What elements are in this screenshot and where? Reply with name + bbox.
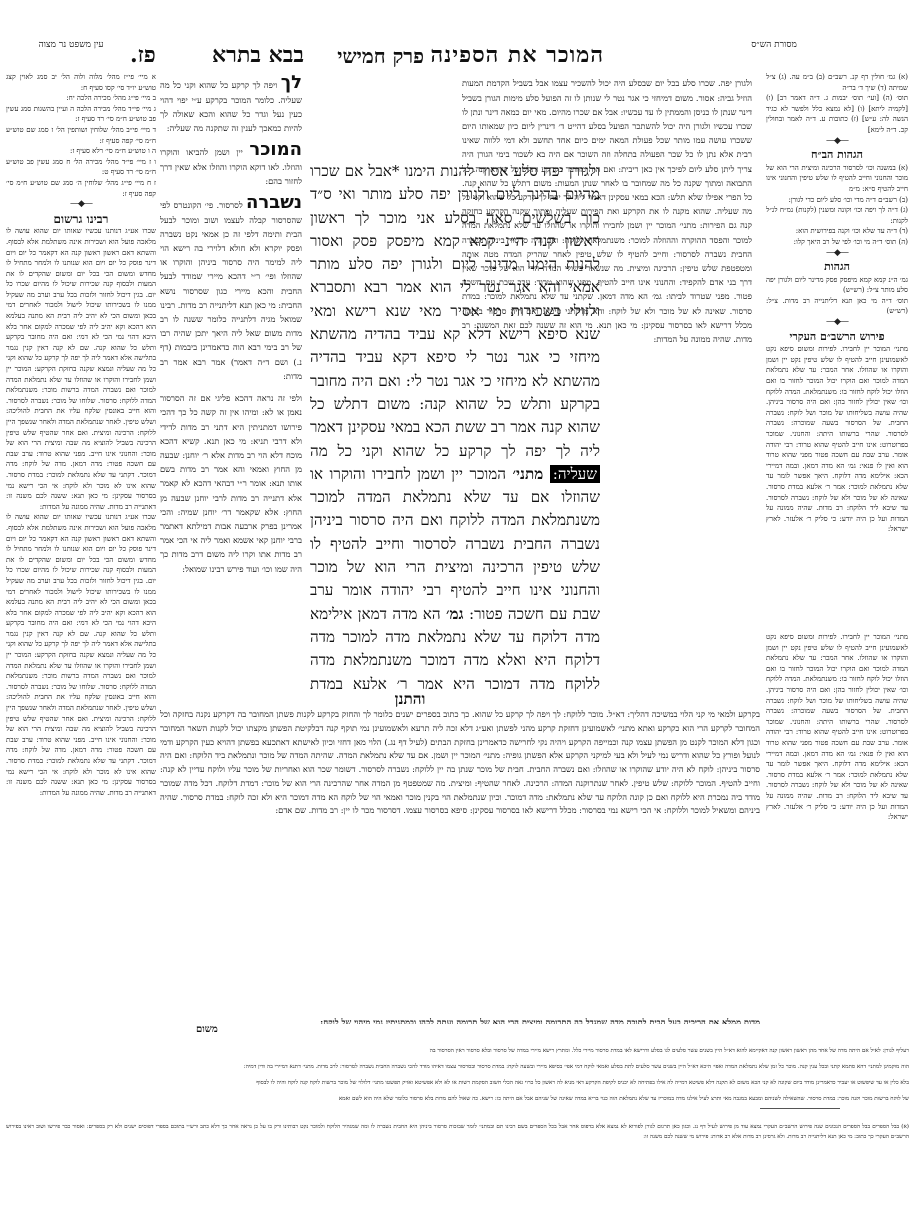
- rabbenu-gershom-text: שכרו אע״ג דנותנו עכשיו שאותו יום שהוא עו…: [6, 512, 156, 798]
- tosafot-continued-text: מדות ממלא את הריכיה בעל הבית לתוכה מדה ש…: [160, 1016, 760, 1024]
- tractate-name: בבא בתרא: [212, 42, 304, 68]
- rashbam-ikari-text: מתני׳ המוכר יין לחבירו. לפירות ומשום סיפ…: [766, 632, 908, 823]
- chapter-title: המוכר את הספינה: [431, 42, 604, 68]
- rashbam-ikari-text: מתני׳ המוכר יין לחבירו. לפירות ומשום סיפ…: [766, 344, 908, 535]
- hagahot-habach-item: (ה) תוס׳ ד״ה מי וכו׳ לפי של רב היאך קלו:: [766, 237, 908, 248]
- page-header: מסורת הש״ס המוכר את הספינה פרק חמישי בבא…: [0, 40, 914, 70]
- bottom-note-text: בבל הספרים הנכונים שנה פירוש הרשב״ם העקר…: [6, 1124, 909, 1141]
- hagahot-item: תוס׳ ד״ה מי כאן תנא דליתנייה רב מדות. צ״…: [766, 296, 908, 317]
- rashbam-ikari-title: פירוש הרשב״ם העקרי: [766, 332, 908, 343]
- hagahot-title: הגהות: [766, 262, 908, 273]
- ein-mishpat-column: א מיי׳ פי״ז מהל׳ מלוה ולוה הל׳ יב סמג לא…: [6, 72, 156, 1032]
- footnote-line: רעליף לגורן: לאיל אם היתה מדה של אחד מהן…: [6, 1046, 909, 1057]
- ornament-divider: —◆—: [766, 248, 908, 259]
- gemara-opening: ולגורן יפה סלע אסור להנות הימנו *אבל אם …: [310, 162, 600, 460]
- ein-mishpat-item: א מיי׳ פי״ז מהל׳ מלוה ולוה הל׳ יב סמג לא…: [6, 72, 156, 93]
- tosafot-text: לסרסור. פי׳ הקונטרס לפי שהסרסור קבלה לעצ…: [160, 200, 302, 380]
- hagahot-habach-title: הגהות הב״ח: [766, 150, 908, 161]
- masoret-item: (א) גמ׳ חולין דף קנ. רשב״ם (ב) ב״מ עה. (…: [766, 72, 908, 93]
- rabbenu-gershom-text: שכרו אע״ג דנותנו עכשיו שאותו יום שהוא עו…: [6, 226, 156, 512]
- footnote-block: רעליף לגורן: לאיל אם היתה מדה של אחד מהן…: [6, 1040, 909, 1100]
- footnote-line: בלא כלין או עד שיפשוט או יעביר כדאמרינן …: [6, 1078, 909, 1089]
- mishnah-text: המוכר יין ושמן לחבירו והוקרו או שהוזלו א…: [310, 465, 600, 623]
- tosafot-continued: מדות ממלא את הריכיה בעל הבית לתוכה מדה ש…: [160, 1008, 760, 1024]
- footnote-divider: [760, 1108, 840, 1109]
- hagahot-habach-item: (ד) ד״ה עד שלא וכו׳ וקנה בפירושית הוא:: [766, 226, 908, 237]
- dibur-hamatchil: המוכר: [249, 139, 302, 160]
- perek-label: פרק חמישי: [337, 44, 424, 69]
- bottom-note-label: (א) בבל הספרים: [872, 1124, 909, 1130]
- ein-mishpat-label: עין משפט נר מצוה: [36, 40, 106, 51]
- footnote-line: הוה מוקמינן למתני׳ דהא סתמא קתני ובכל ענ…: [6, 1062, 909, 1073]
- hagahot-item: גמ׳ ה״נ קמא קמא מיפסק פסק מדינר ליום ולג…: [766, 275, 908, 296]
- gemara-main-text: ולגורן יפה סלע אסור להנות הימנו *אבל אם …: [310, 160, 600, 700]
- masoret-item: תוס׳ (ה) [ועי׳ תוס׳ יבמות ג. ד״ה דאמר רב…: [766, 93, 908, 135]
- hagahot-habach-item: (ג) ד״ה לך ויפה וכו׳ וקונה ומשנין (לקנות…: [766, 205, 908, 226]
- gemara-marker: גמ׳: [446, 605, 464, 623]
- ornament-divider: —◆—: [766, 136, 908, 147]
- rashbam-continued-text: בקרקע ולמאי מי קני הלוי במשיכה דהליך: דא…: [160, 708, 760, 818]
- hagahot-habach-item: (ב) רשב״ם ד״ה מדי וכו׳ סלע ליום כדי לגור…: [766, 195, 908, 206]
- dibur-hamatchil: לך: [281, 72, 302, 93]
- masoret-hashas-label: מסורת הש״ס: [744, 40, 804, 51]
- mishnah-marker: מתני׳: [513, 465, 544, 483]
- ein-mishpat-item: ה ו טוש״ע ח״מ סי׳ רלא סעיף ז:: [6, 146, 156, 157]
- hagahot-habach-item: (א) במשנה וכו׳ לסרסור הרכינה ומיצית הרי …: [766, 163, 908, 195]
- ein-mishpat-item: ב מיי׳ פי״ג מהל׳ מכירה הלכה יח:: [6, 93, 156, 104]
- tosafot-commentary: לך ויפה לך קרקע כל שהוא וקני כל מה שעליה…: [160, 68, 302, 708]
- ornament-divider: —◆—: [766, 317, 908, 328]
- ein-mishpat-item: ו ז מיי׳ פי״ד מהל׳ מכירה הל׳ ח סמג עשין …: [6, 157, 156, 178]
- masoret-hashas-column: (א) גמ׳ חולין דף קנ. רשב״ם (ב) ב״מ עה. (…: [766, 72, 908, 632]
- rashbam-continued: בקרקע ולמאי מי קני הלוי במשיכה דהליך: דא…: [160, 700, 760, 1010]
- highlighted-word[interactable]: שעליה:: [550, 465, 600, 483]
- masoret-hashas-column-lower: מתני׳ המוכר יין לחבירו. לפירות ומשום סיפ…: [766, 632, 908, 1032]
- rabbenu-gershom-title: רבינו גרשום: [6, 214, 156, 225]
- folio-number: פז.: [130, 42, 156, 68]
- ornament-divider: —◆—: [6, 199, 156, 210]
- page-catchword: משום: [196, 1024, 218, 1035]
- bottom-note: (א) בבל הספרים בבל הספרים הנכונים שנה פי…: [6, 1116, 909, 1156]
- ein-mishpat-item: ז ח מיי׳ פי״ג מהל׳ שלוחין ה׳ סמג שם טוש״…: [6, 178, 156, 199]
- dibur-hamatchil: נשברה: [246, 192, 302, 213]
- tosafot-text: ולפי זה נראה דהכא פליגי אם זה הסרסור נאמ…: [160, 391, 302, 576]
- footnote-line: של לוקח ברשות מוכר וקנה מוכר: במדת סרסור…: [6, 1094, 909, 1100]
- ein-mishpat-item: ג מיי׳ פי״ד מהל׳ מכירה הלכה ה ועיין בהשג…: [6, 104, 156, 125]
- ein-mishpat-item: ד מיי׳ פי״ב מהל׳ שלוחין ושותפין הל׳ ז סמ…: [6, 125, 156, 146]
